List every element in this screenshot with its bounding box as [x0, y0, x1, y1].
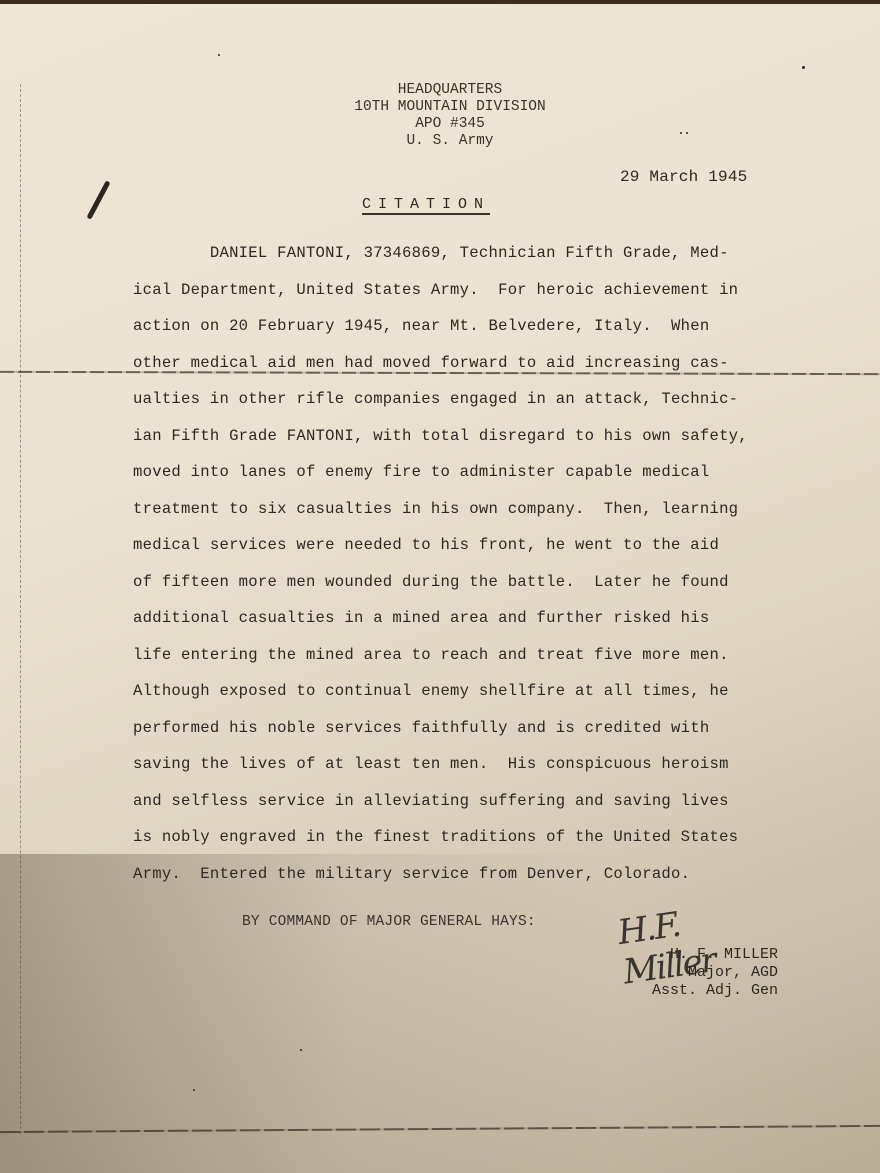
letterhead-line-2: 10TH MOUNTAIN DIVISION	[300, 99, 600, 116]
body-line: moved into lanes of enemy fire to admini…	[133, 463, 709, 481]
body-line: additional casualties in a mined area an…	[133, 609, 709, 627]
document-page: HEADQUARTERS 10TH MOUNTAIN DIVISION APO …	[0, 4, 880, 1173]
body-line: of fifteen more men wounded during the b…	[133, 573, 729, 591]
signatory-name: H. F. MILLER	[618, 946, 778, 964]
ink-speck	[193, 1089, 195, 1091]
letterhead-line-1: HEADQUARTERS	[300, 82, 600, 99]
ink-speck	[680, 132, 682, 134]
body-line: ian Fifth Grade FANTONI, with total disr…	[133, 427, 748, 445]
body-line: treatment to six casualties in his own c…	[133, 500, 738, 518]
body-line: saving the lives of at least ten men. Hi…	[133, 755, 729, 773]
paper-fold-line-bottom	[0, 1125, 880, 1133]
signature-block: H. F. MILLER Major, AGD Asst. Adj. Gen	[618, 946, 778, 1000]
ink-speck	[686, 132, 688, 134]
body-line: ualties in other rifle companies engaged…	[133, 390, 738, 408]
body-line: ical Department, United States Army. For…	[133, 281, 738, 299]
document-date: 29 March 1945	[620, 168, 747, 186]
body-line: and selfless service in alleviating suff…	[133, 792, 729, 810]
document-title: CITATION	[362, 196, 490, 215]
body-line: is nobly engraved in the finest traditio…	[133, 828, 738, 846]
body-line: performed his noble services faithfully …	[133, 719, 709, 737]
command-line: BY COMMAND OF MAJOR GENERAL HAYS:	[242, 914, 536, 930]
letterhead: HEADQUARTERS 10TH MOUNTAIN DIVISION APO …	[300, 82, 600, 150]
letterhead-line-4: U. S. Army	[300, 133, 600, 150]
body-line: action on 20 February 1945, near Mt. Bel…	[133, 317, 709, 335]
body-line: Army. Entered the military service from …	[133, 865, 690, 883]
letterhead-line-3: APO #345	[300, 116, 600, 133]
body-line: Although exposed to continual enemy shel…	[133, 682, 729, 700]
body-line: life entering the mined area to reach an…	[133, 646, 729, 664]
body-line: medical services were needed to his fron…	[133, 536, 719, 554]
signatory-position: Asst. Adj. Gen	[618, 982, 778, 1000]
ink-speck	[300, 1049, 302, 1051]
body-line: DANIEL FANTONI, 37346869, Technician Fif…	[133, 244, 729, 262]
body-line: other medical aid men had moved forward …	[133, 354, 729, 372]
paper-edge-crease	[20, 84, 22, 1134]
ink-speck	[218, 54, 220, 56]
pen-mark-icon	[86, 180, 110, 219]
ink-speck	[802, 66, 805, 69]
signatory-rank: Major, AGD	[618, 964, 778, 982]
